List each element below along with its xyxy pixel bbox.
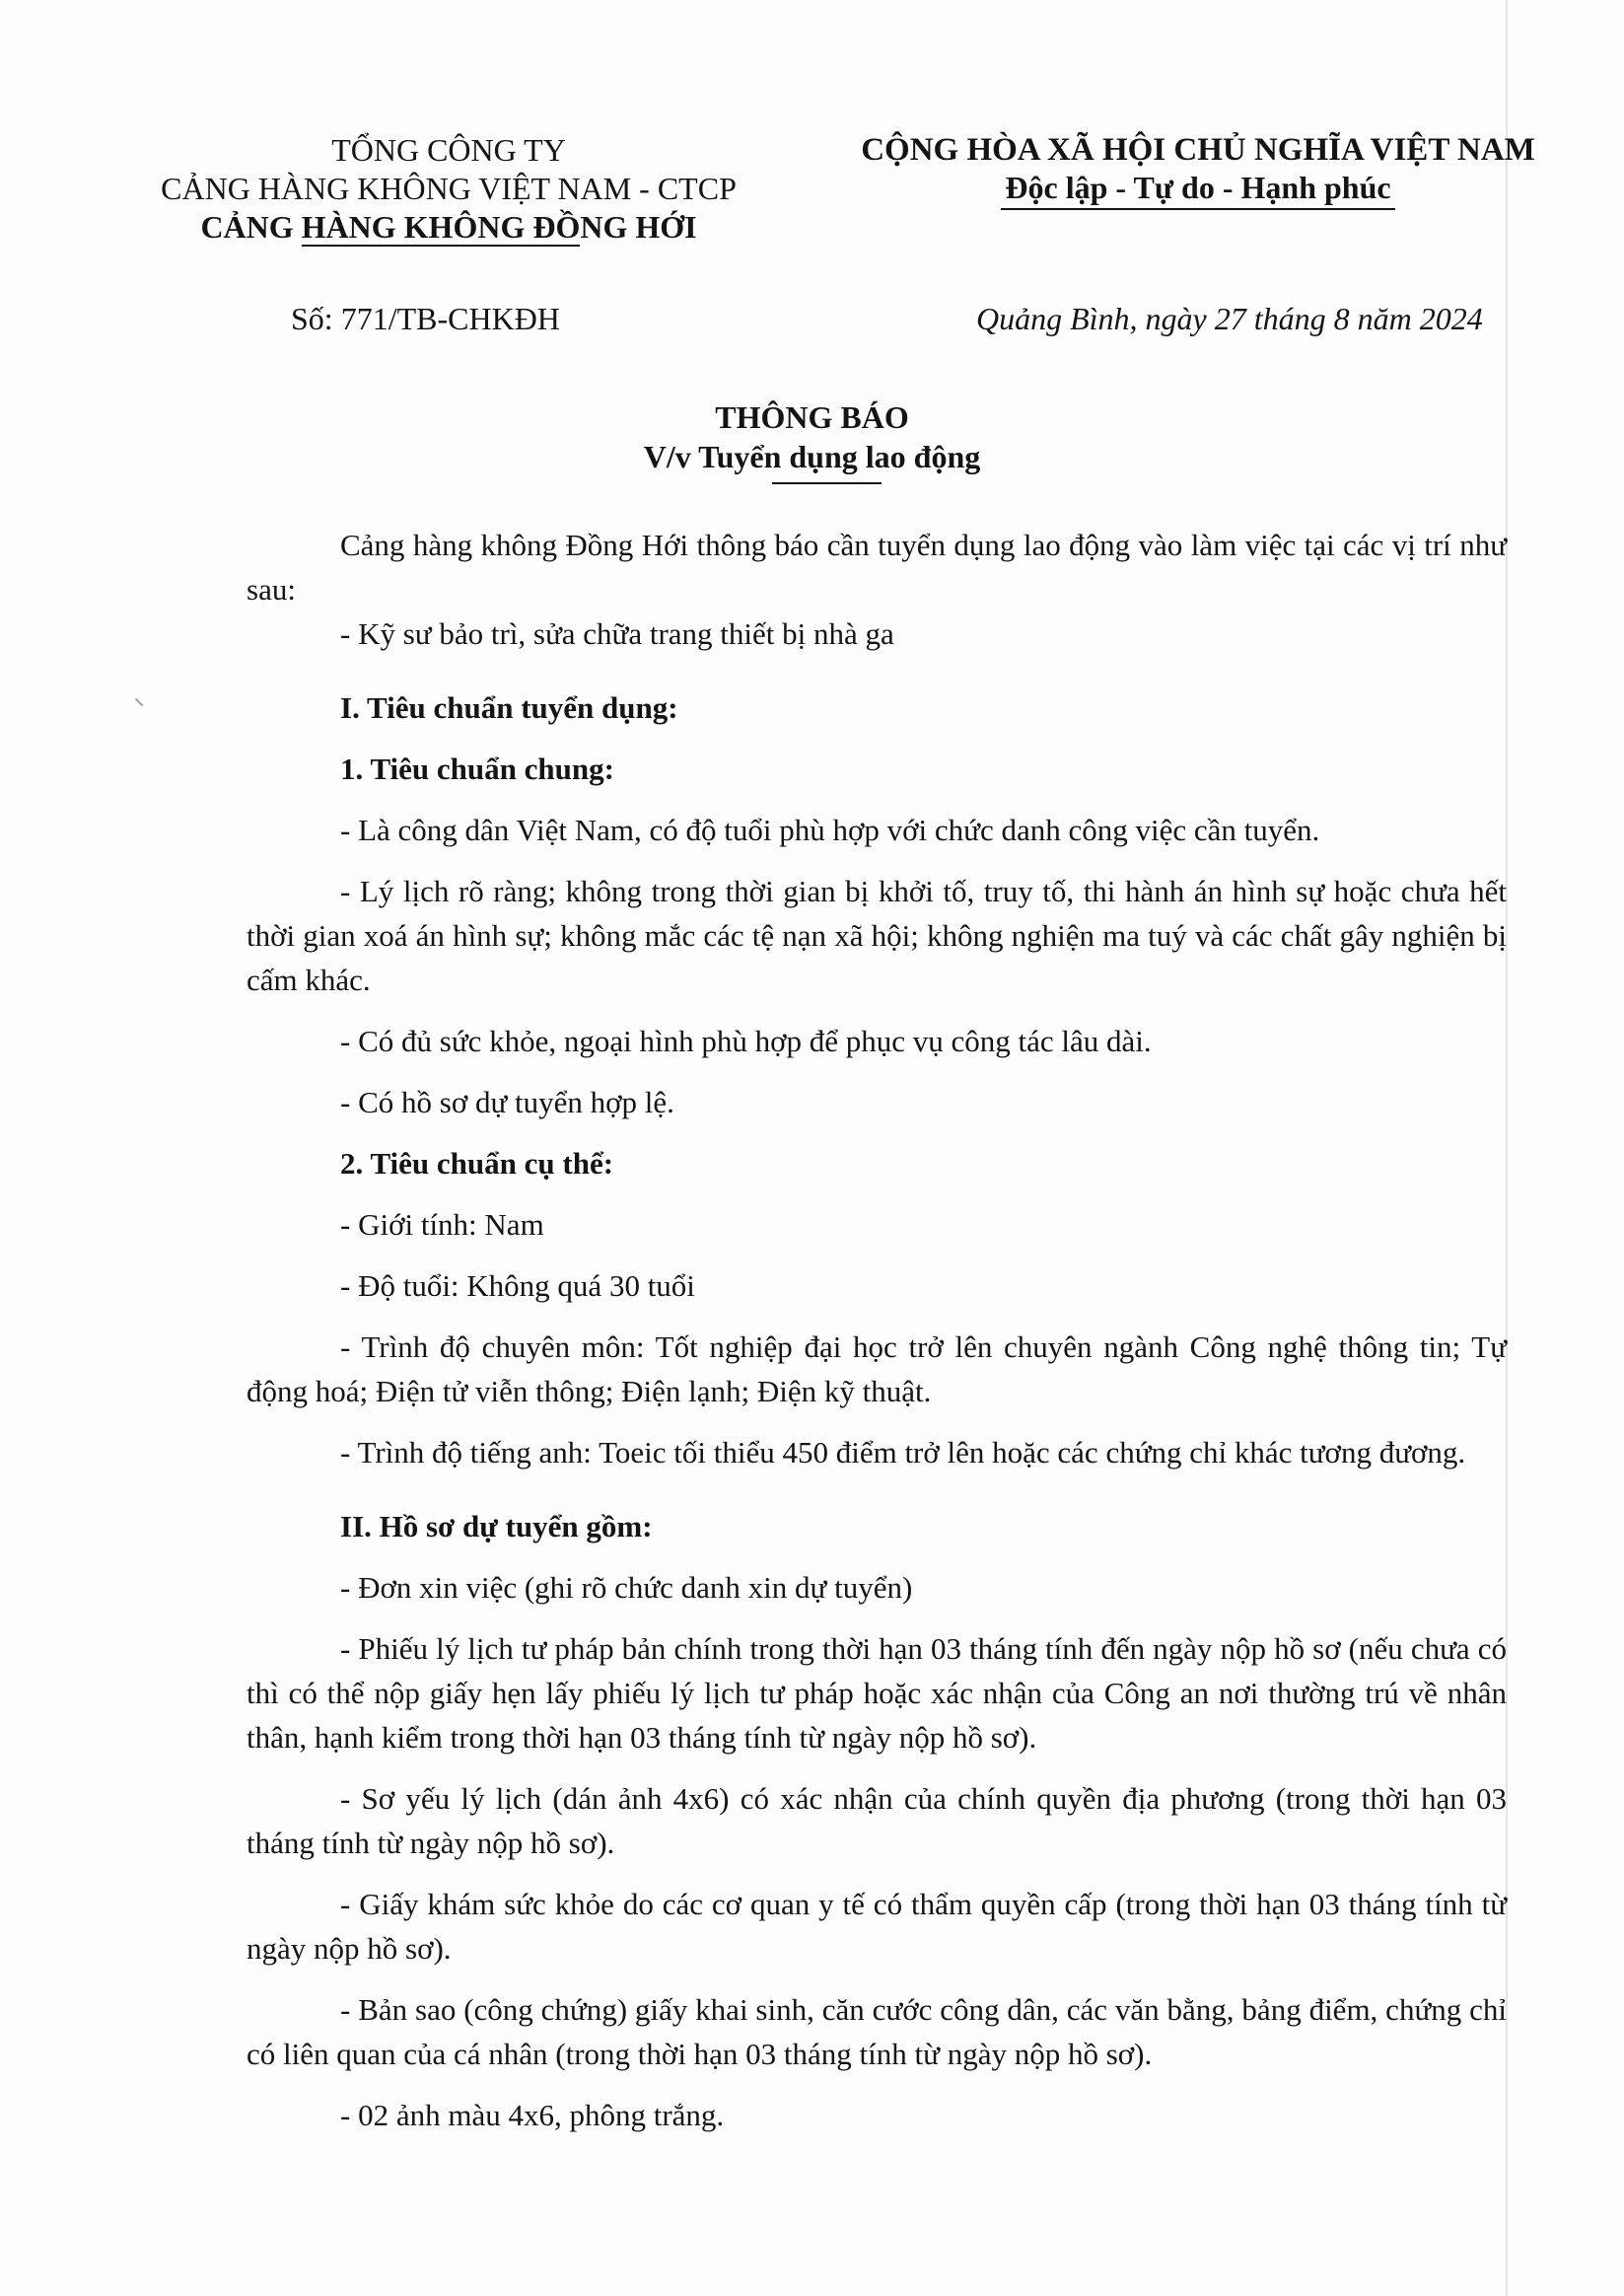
general-item: - Có đủ sức khỏe, ngoại hình phù hợp để … (247, 1019, 1507, 1063)
title-subject-wrap: V/v Tuyển dụng lao động (644, 437, 981, 476)
org-unit-underlined: HÀNG KHÔNG ĐỒ (302, 210, 581, 247)
dossier-item: - Bản sao (công chứng) giấy khai sinh, c… (247, 1987, 1507, 2076)
title-main: THÔNG BÁO (0, 397, 1624, 437)
document-title: THÔNG BÁO V/v Tuyển dụng lao động (0, 397, 1624, 476)
dossier-item: - Sơ yếu lý lịch (dán ảnh 4x6) có xác nh… (247, 1776, 1507, 1865)
document-body: Cảng hàng không Đồng Hới thông báo cần t… (247, 523, 1507, 2137)
org-parent-line1: TỔNG CÔNG TY (108, 131, 789, 170)
org-parent-line2: CẢNG HÀNG KHÔNG VIỆT NAM - CTCP (108, 170, 789, 208)
national-header: CỘNG HÒA XÃ HỘI CHỦ NGHĨA VIỆT NAM Độc l… (809, 131, 1588, 210)
document-number: Số: 771/TB-CHKĐH (291, 299, 560, 338)
general-item: - Là công dân Việt Nam, có độ tuổi phù h… (247, 808, 1507, 852)
general-item: - Lý lịch rõ ràng; không trong thời gian… (247, 869, 1507, 1002)
dossier-item: - Phiếu lý lịch tư pháp bản chính trong … (247, 1626, 1507, 1759)
national-motto: Độc lập - Tự do - Hạnh phúc (1001, 171, 1394, 210)
org-unit-part2: NG HỚI (580, 209, 696, 245)
dossier-item: - Giấy khám sức khỏe do các cơ quan y tế… (247, 1882, 1507, 1971)
section-1-2-heading: 2. Tiêu chuẩn cụ thể: (247, 1141, 1507, 1185)
section-2-heading: II. Hồ sơ dự tuyển gồm: (247, 1504, 1507, 1548)
position-item: - Kỹ sư bảo trì, sửa chữa trang thiết bị… (247, 611, 1507, 656)
specific-item: - Độ tuổi: Không quá 30 tuổi (247, 1263, 1507, 1308)
scan-speck (135, 698, 143, 706)
section-1-1-heading: 1. Tiêu chuẩn chung: (247, 747, 1507, 791)
org-unit-part1: CẢNG (200, 209, 301, 245)
nation-name: CỘNG HÒA XÃ HỘI CHỦ NGHĨA VIỆT NAM (809, 131, 1588, 170)
place-and-date: Quảng Bình, ngày 27 tháng 8 năm 2024 (976, 299, 1483, 338)
dossier-item: - Đơn xin việc (ghi rõ chức danh xin dự … (247, 1565, 1507, 1610)
dossier-item: - 02 ảnh màu 4x6, phông trắng. (247, 2093, 1507, 2137)
subject-underline (772, 482, 883, 484)
section-1-heading: I. Tiêu chuẩn tuyển dụng: (247, 685, 1507, 730)
intro-paragraph: Cảng hàng không Đồng Hới thông báo cần t… (247, 523, 1507, 611)
general-item: - Có hồ sơ dự tuyển hợp lệ. (247, 1080, 1507, 1124)
specific-item: - Giới tính: Nam (247, 1202, 1507, 1247)
specific-item: - Trình độ tiếng anh: Toeic tối thiểu 45… (247, 1430, 1507, 1474)
issuing-organization: TỔNG CÔNG TY CẢNG HÀNG KHÔNG VIỆT NAM - … (108, 131, 789, 247)
title-subject: V/v Tuyển dụng lao động (644, 439, 981, 474)
specific-item: - Trình độ chuyên môn: Tốt nghiệp đại họ… (247, 1325, 1507, 1413)
org-unit: CẢNG HÀNG KHÔNG ĐỒNG HỚI (108, 208, 789, 247)
